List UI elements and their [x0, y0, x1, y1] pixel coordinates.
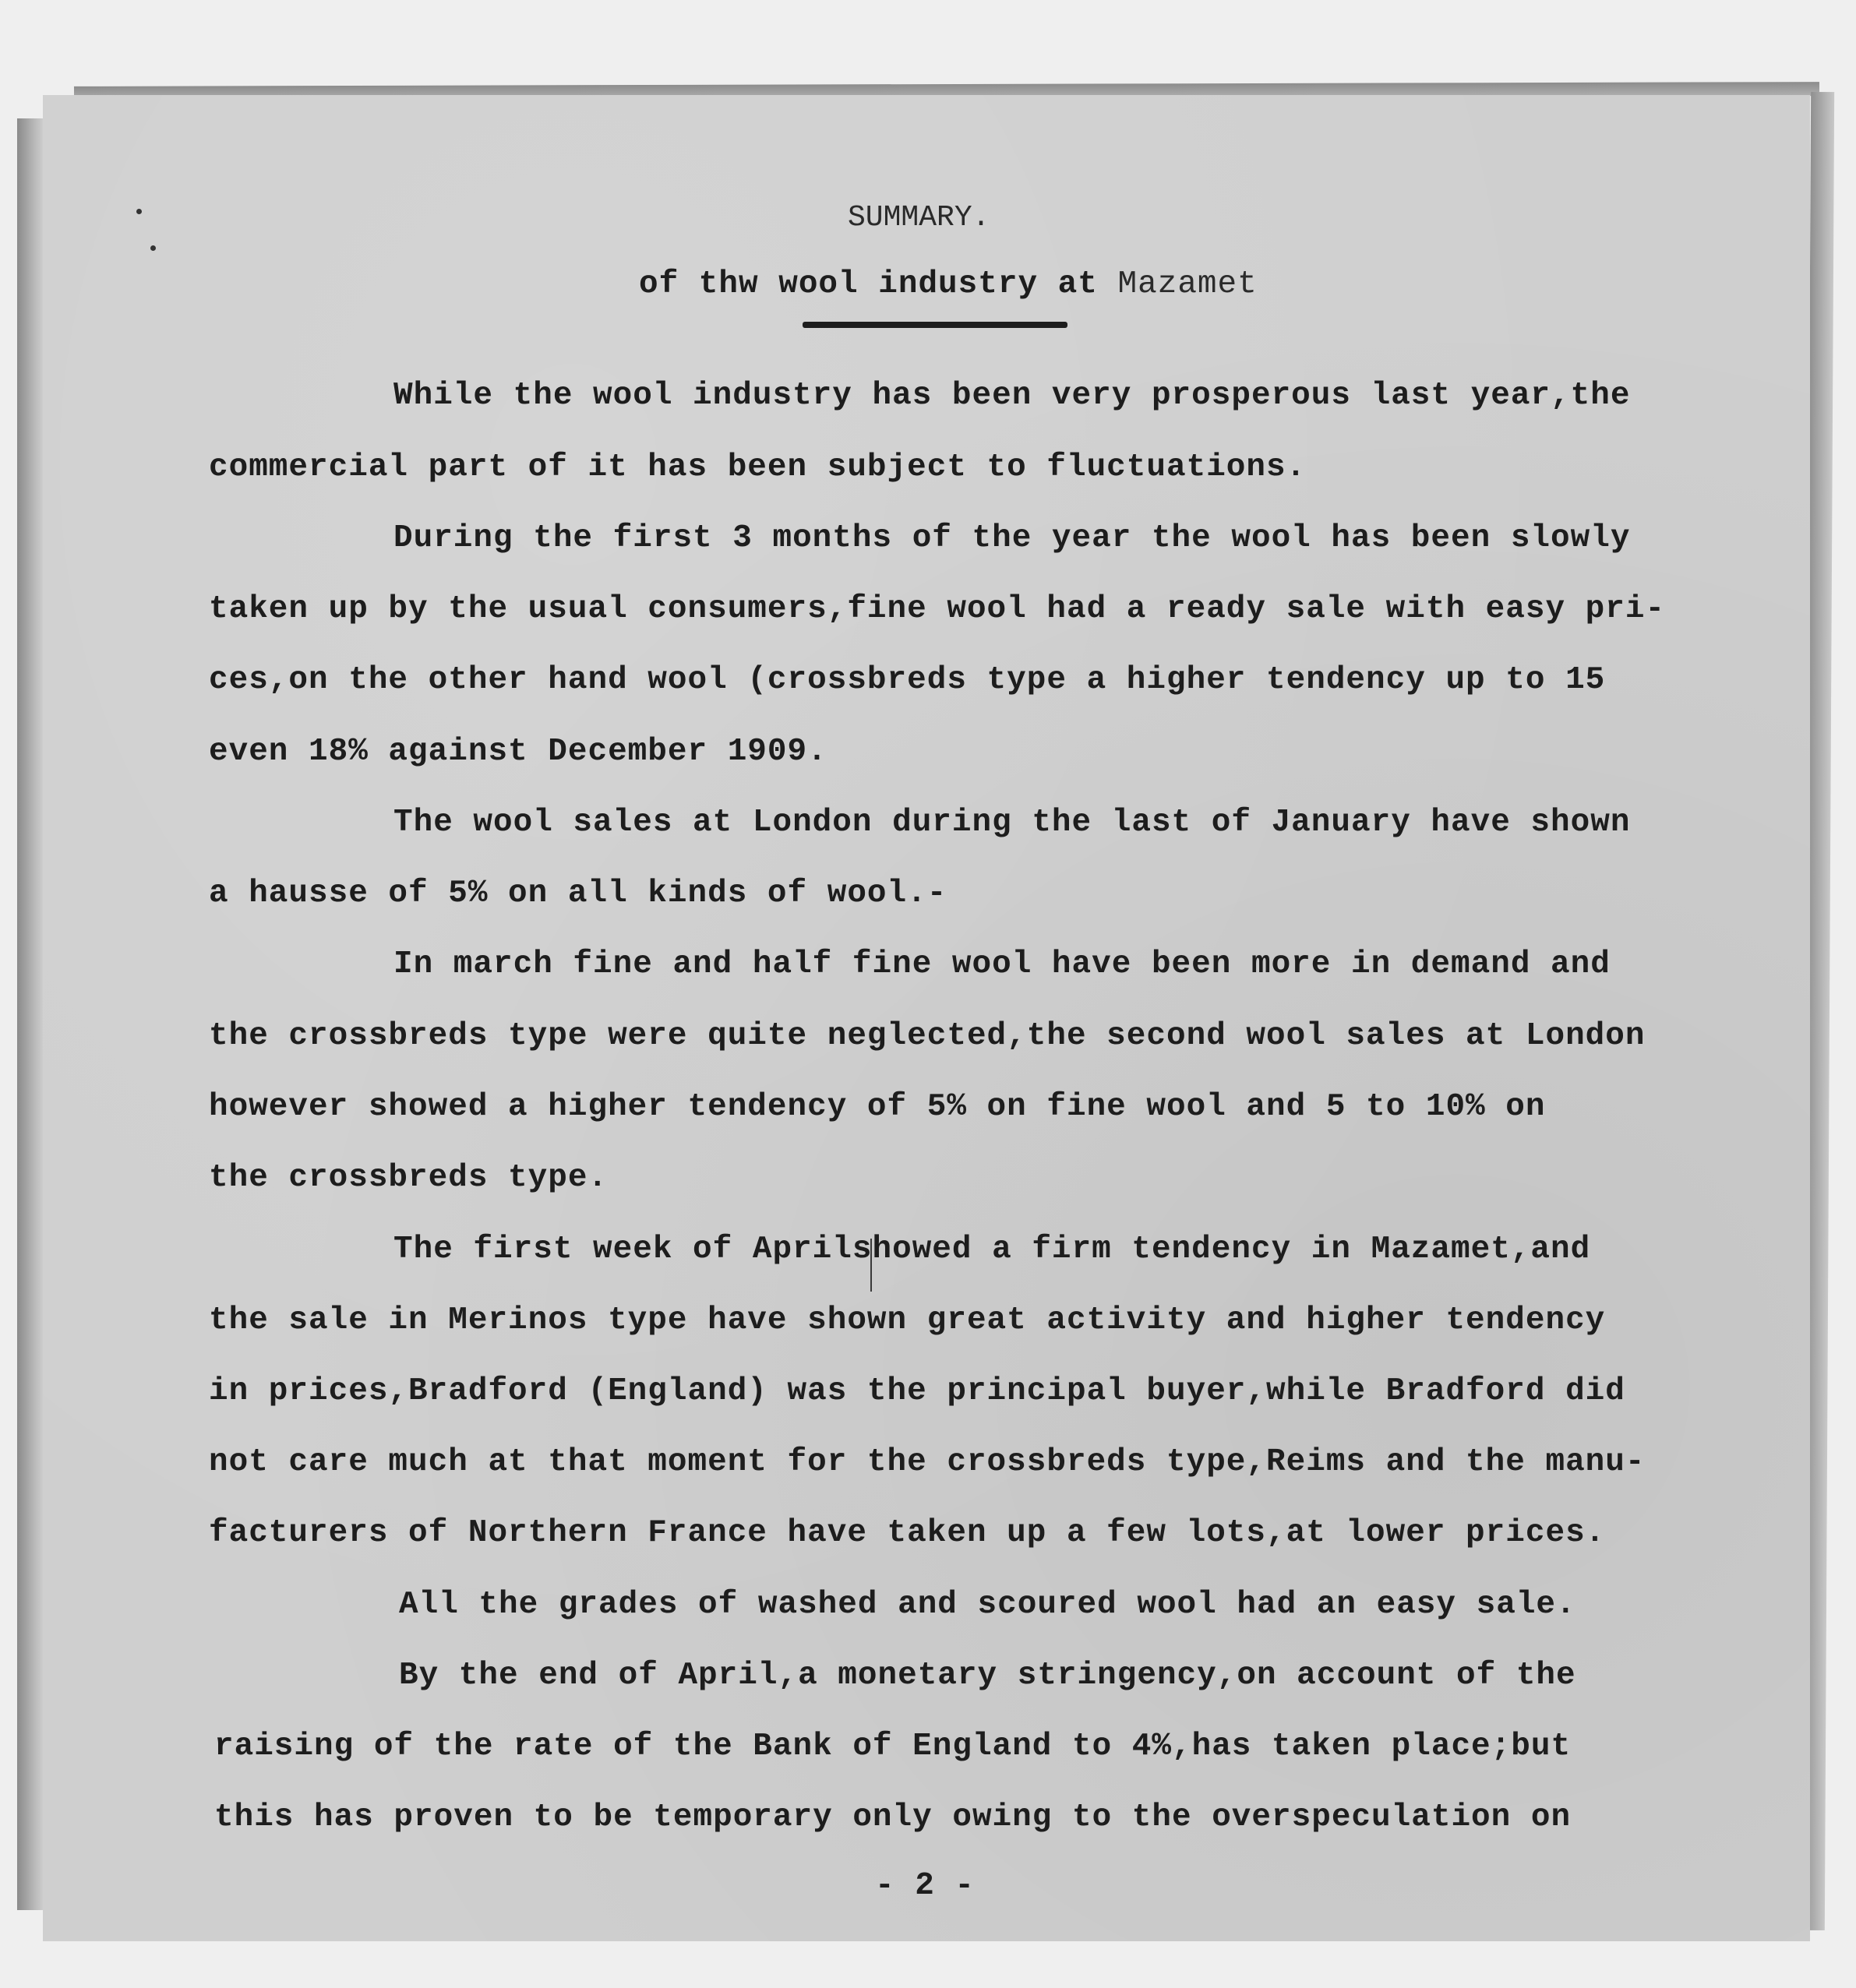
text-line: even 18% against December 1909. — [209, 728, 827, 775]
text-line: facturers of Northern France have taken … — [209, 1510, 1605, 1556]
subtitle-underline — [803, 322, 1067, 328]
text-line: this has proven to be temporary only owi… — [214, 1794, 1571, 1841]
text-line: taken up by the usual consumers,fine woo… — [209, 586, 1665, 633]
paper-left-edge-shadow — [17, 118, 44, 1910]
text-line: The wool sales at London during the last… — [393, 799, 1630, 846]
text-line: ces,on the other hand wool (crossbreds t… — [209, 657, 1605, 703]
text-line: the crossbreds type were quite neglected… — [209, 1013, 1646, 1059]
text-line: however showed a higher tendency of 5% o… — [209, 1084, 1545, 1130]
text-line: All the grades of washed and scoured woo… — [399, 1581, 1576, 1628]
page-number: - 2 - — [875, 1868, 975, 1904]
text-line: a hausse of 5% on all kinds of wool.- — [209, 870, 947, 917]
text-line: the crossbreds type. — [209, 1154, 608, 1201]
ink-speck — [136, 209, 142, 214]
text-line: the sale in Merinos type have shown grea… — [209, 1297, 1605, 1344]
text-line: During the first 3 months of the year th… — [393, 515, 1630, 562]
ink-speck — [150, 245, 156, 251]
text-line: By the end of April,a monetary stringenc… — [399, 1652, 1576, 1699]
text-line: not care much at that moment for the cro… — [209, 1439, 1646, 1486]
text-line: in prices,Bradford (England) was the pri… — [209, 1368, 1625, 1415]
document-subtitle: of thw wool industry at Mazamet — [639, 266, 1258, 302]
subtitle-place: Mazamet — [1098, 266, 1258, 302]
text-line: The first week of Aprilshowed a firm ten… — [393, 1226, 1590, 1273]
text-line: raising of the rate of the Bank of Engla… — [214, 1723, 1571, 1770]
subtitle-bold: of thw wool industry at — [639, 266, 1098, 302]
text-line: While the wool industry has been very pr… — [393, 372, 1630, 419]
pencil-mark — [870, 1239, 872, 1292]
document-title: SUMMARY. — [848, 201, 990, 234]
text-line: In march fine and half fine wool have be… — [393, 941, 1611, 988]
text-line: commercial part of it has been subject t… — [209, 444, 1306, 491]
